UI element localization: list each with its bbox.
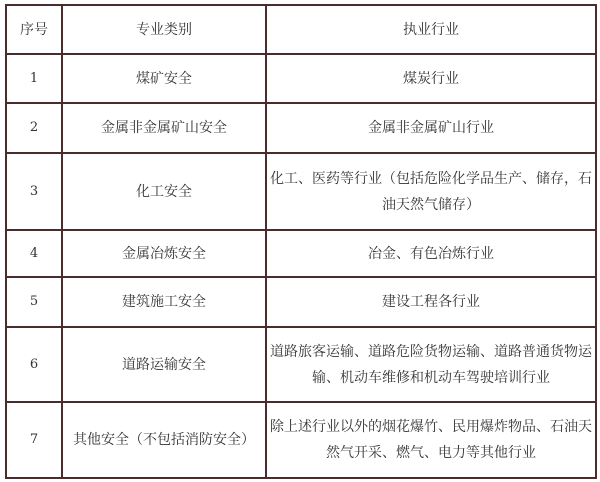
row-no: 2 [6, 103, 62, 153]
row-no: 5 [6, 277, 62, 327]
row-industry: 建设工程各行业 [266, 277, 596, 327]
row-category: 其他安全（不包括消防安全） [62, 402, 266, 478]
table-row: 3 化工安全 化工、医药等行业（包括危险化学品生产、储存，石油天然气储存） [6, 153, 596, 230]
row-industry: 除上述行业以外的烟花爆竹、民用爆炸物品、石油天然气开采、燃气、电力等其他行业 [266, 402, 596, 478]
header-category: 专业类别 [62, 5, 266, 54]
table-row: 5 建筑施工安全 建设工程各行业 [6, 277, 596, 327]
row-category: 金属非金属矿山安全 [62, 103, 266, 153]
row-no: 1 [6, 54, 62, 103]
header-no: 序号 [6, 5, 62, 54]
row-no: 4 [6, 230, 62, 277]
row-category: 煤矿安全 [62, 54, 266, 103]
row-industry: 化工、医药等行业（包括危险化学品生产、储存，石油天然气储存） [266, 153, 596, 230]
table-row: 4 金属冶炼安全 冶金、有色冶炼行业 [6, 230, 596, 277]
row-no: 3 [6, 153, 62, 230]
table-header-row: 序号 专业类别 执业行业 [6, 5, 596, 54]
table-row: 1 煤矿安全 煤炭行业 [6, 54, 596, 103]
row-category: 建筑施工安全 [62, 277, 266, 327]
row-industry: 煤炭行业 [266, 54, 596, 103]
row-industry: 金属非金属矿山行业 [266, 103, 596, 153]
table-row: 7 其他安全（不包括消防安全） 除上述行业以外的烟花爆竹、民用爆炸物品、石油天然… [6, 402, 596, 478]
header-industry: 执业行业 [266, 5, 596, 54]
row-category: 金属冶炼安全 [62, 230, 266, 277]
row-no: 7 [6, 402, 62, 478]
table-row: 2 金属非金属矿山安全 金属非金属矿山行业 [6, 103, 596, 153]
row-industry: 冶金、有色冶炼行业 [266, 230, 596, 277]
table-row: 6 道路运输安全 道路旅客运输、道路危险货物运输、道路普通货物运输、机动车维修和… [6, 327, 596, 402]
safety-specialty-table: 序号 专业类别 执业行业 1 煤矿安全 煤炭行业 2 金属非金属矿山安全 金属非… [5, 4, 597, 479]
row-category: 道路运输安全 [62, 327, 266, 402]
row-category: 化工安全 [62, 153, 266, 230]
row-industry: 道路旅客运输、道路危险货物运输、道路普通货物运输、机动车维修和机动车驾驶培训行业 [266, 327, 596, 402]
row-no: 6 [6, 327, 62, 402]
